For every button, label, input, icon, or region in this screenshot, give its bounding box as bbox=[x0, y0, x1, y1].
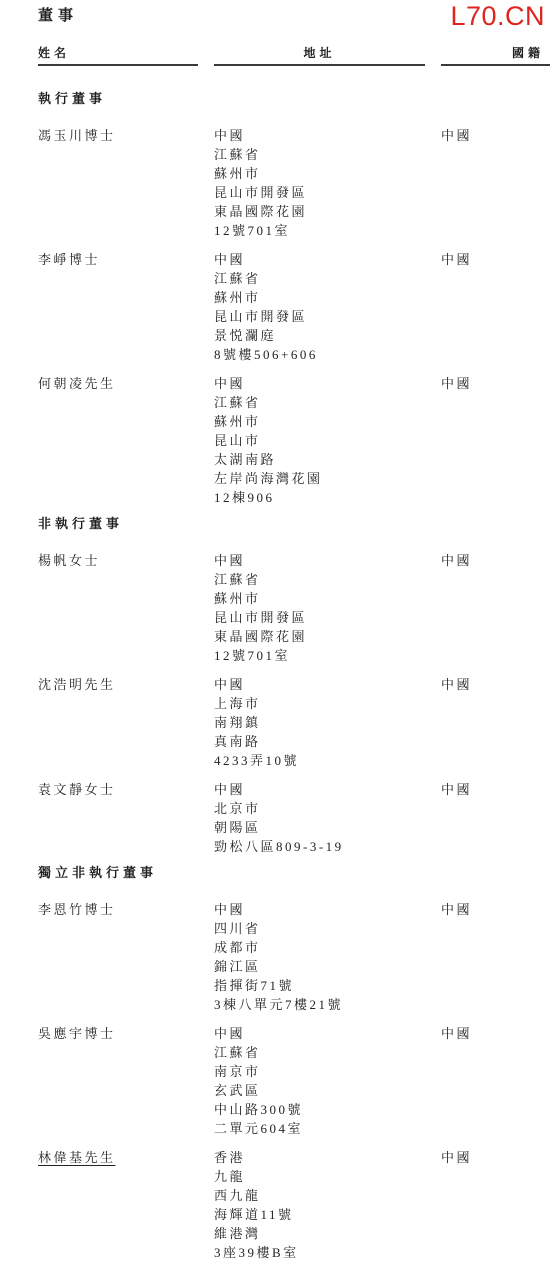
director-row: 沈浩明先生中國上海市南翔鎮真南路4233弄10號中國 bbox=[38, 675, 550, 770]
address-line: 西九龍 bbox=[214, 1186, 425, 1205]
director-name: 李恩竹博士 bbox=[38, 900, 198, 919]
address-line: 12棟906 bbox=[214, 488, 425, 507]
address-line: 勁松八區809-3-19 bbox=[214, 837, 425, 856]
address-line: 3座39樓B室 bbox=[214, 1243, 425, 1262]
section-heading: 執行董事 bbox=[38, 92, 550, 106]
director-address: 中國江蘇省南京市玄武區中山路300號二單元604室 bbox=[214, 1024, 425, 1138]
address-line: 九龍 bbox=[214, 1167, 425, 1186]
director-nationality: 中國 bbox=[441, 1148, 550, 1167]
address-line: 維港灣 bbox=[214, 1224, 425, 1243]
director-name: 馮玉川博士 bbox=[38, 126, 198, 145]
director-address: 中國江蘇省蘇州市昆山市開發區景悦瀾庭8號樓506+606 bbox=[214, 250, 425, 364]
address-line: 江蘇省 bbox=[214, 1043, 425, 1062]
section-heading: 非執行董事 bbox=[38, 517, 550, 531]
address-line: 北京市 bbox=[214, 799, 425, 818]
column-header-nationality: 國籍 bbox=[441, 44, 550, 66]
address-line: 3棟八單元7樓21號 bbox=[214, 995, 425, 1014]
address-line: 中國 bbox=[214, 374, 425, 393]
address-line: 昆山市開發區 bbox=[214, 307, 425, 326]
address-line: 中國 bbox=[214, 126, 425, 145]
address-line: 江蘇省 bbox=[214, 145, 425, 164]
address-line: 中國 bbox=[214, 551, 425, 570]
director-name: 林偉基先生 bbox=[38, 1148, 198, 1167]
director-address: 中國四川省成都市錦江區指揮街71號3棟八單元7樓21號 bbox=[214, 900, 425, 1014]
address-line: 昆山市 bbox=[214, 431, 425, 450]
address-line: 海輝道11號 bbox=[214, 1205, 425, 1224]
address-line: 昆山市開發區 bbox=[214, 183, 425, 202]
address-line: 香港 bbox=[214, 1148, 425, 1167]
director-address: 中國江蘇省蘇州市昆山市太湖南路左岸尚海灣花園12棟906 bbox=[214, 374, 425, 507]
column-header-address: 地址 bbox=[214, 44, 425, 66]
address-line: 蘇州市 bbox=[214, 589, 425, 608]
director-row: 袁文靜女士中國北京市朝陽區勁松八區809-3-19中國 bbox=[38, 780, 550, 856]
director-nationality: 中國 bbox=[441, 374, 550, 393]
director-name: 楊帆女士 bbox=[38, 551, 198, 570]
director-row: 吳應宇博士中國江蘇省南京市玄武區中山路300號二單元604室中國 bbox=[38, 1024, 550, 1138]
address-line: 12號701室 bbox=[214, 646, 425, 665]
director-name: 沈浩明先生 bbox=[38, 675, 198, 694]
address-line: 江蘇省 bbox=[214, 570, 425, 589]
address-line: 江蘇省 bbox=[214, 269, 425, 288]
address-line: 12號701室 bbox=[214, 221, 425, 240]
director-address: 中國江蘇省蘇州市昆山市開發區東晶國際花園12號701室 bbox=[214, 551, 425, 665]
address-line: 中國 bbox=[214, 900, 425, 919]
column-header-name: 姓名 bbox=[38, 44, 198, 66]
address-line: 錦江區 bbox=[214, 957, 425, 976]
director-nationality: 中國 bbox=[441, 551, 550, 570]
address-line: 中山路300號 bbox=[214, 1100, 425, 1119]
address-line: 中國 bbox=[214, 675, 425, 694]
address-line: 昆山市開發區 bbox=[214, 608, 425, 627]
address-line: 蘇州市 bbox=[214, 288, 425, 307]
director-row: 李崢博士中國江蘇省蘇州市昆山市開發區景悦瀾庭8號樓506+606中國 bbox=[38, 250, 550, 364]
director-address: 中國上海市南翔鎮真南路4233弄10號 bbox=[214, 675, 425, 770]
director-address: 中國北京市朝陽區勁松八區809-3-19 bbox=[214, 780, 425, 856]
director-row: 楊帆女士中國江蘇省蘇州市昆山市開發區東晶國際花園12號701室中國 bbox=[38, 551, 550, 665]
address-line: 南京市 bbox=[214, 1062, 425, 1081]
address-line: 上海市 bbox=[214, 694, 425, 713]
address-line: 指揮街71號 bbox=[214, 976, 425, 995]
director-nationality: 中國 bbox=[441, 900, 550, 919]
director-address: 香港九龍西九龍海輝道11號維港灣3座39樓B室 bbox=[214, 1148, 425, 1262]
address-line: 二單元604室 bbox=[214, 1119, 425, 1138]
director-name: 李崢博士 bbox=[38, 250, 198, 269]
address-line: 8號樓506+606 bbox=[214, 345, 425, 364]
address-line: 景悦瀾庭 bbox=[214, 326, 425, 345]
director-row: 何朝凌先生中國江蘇省蘇州市昆山市太湖南路左岸尚海灣花園12棟906中國 bbox=[38, 374, 550, 507]
address-line: 蘇州市 bbox=[214, 412, 425, 431]
director-row: 馮玉川博士中國江蘇省蘇州市昆山市開發區東晶國際花園12號701室中國 bbox=[38, 126, 550, 240]
address-line: 四川省 bbox=[214, 919, 425, 938]
address-line: 左岸尚海灣花園 bbox=[214, 469, 425, 488]
watermark-text: L70.CN bbox=[450, 1, 545, 31]
director-address: 中國江蘇省蘇州市昆山市開發區東晶國際花園12號701室 bbox=[214, 126, 425, 240]
section-heading: 獨立非執行董事 bbox=[38, 866, 550, 880]
address-line: 朝陽區 bbox=[214, 818, 425, 837]
address-line: 中國 bbox=[214, 780, 425, 799]
director-name: 袁文靜女士 bbox=[38, 780, 198, 799]
address-line: 太湖南路 bbox=[214, 450, 425, 469]
director-nationality: 中國 bbox=[441, 126, 550, 145]
document-page: 董事 L70.CN 姓名 地址 國籍 執行董事馮玉川博士中國江蘇省蘇州市昆山市開… bbox=[0, 0, 550, 1266]
director-nationality: 中國 bbox=[441, 1024, 550, 1043]
director-name: 何朝凌先生 bbox=[38, 374, 198, 393]
table-header-row: 姓名 地址 國籍 bbox=[38, 44, 550, 66]
address-line: 江蘇省 bbox=[214, 393, 425, 412]
address-line: 中國 bbox=[214, 1024, 425, 1043]
address-line: 真南路 bbox=[214, 732, 425, 751]
address-line: 中國 bbox=[214, 250, 425, 269]
address-line: 蘇州市 bbox=[214, 164, 425, 183]
address-line: 成都市 bbox=[214, 938, 425, 957]
director-row: 林偉基先生香港九龍西九龍海輝道11號維港灣3座39樓B室中國 bbox=[38, 1148, 550, 1262]
directors-table-body: 執行董事馮玉川博士中國江蘇省蘇州市昆山市開發區東晶國際花園12號701室中國李崢… bbox=[38, 92, 550, 1262]
address-line: 玄武區 bbox=[214, 1081, 425, 1100]
address-line: 南翔鎮 bbox=[214, 713, 425, 732]
address-line: 東晶國際花園 bbox=[214, 202, 425, 221]
director-nationality: 中國 bbox=[441, 780, 550, 799]
director-row: 李恩竹博士中國四川省成都市錦江區指揮街71號3棟八單元7樓21號中國 bbox=[38, 900, 550, 1014]
director-nationality: 中國 bbox=[441, 250, 550, 269]
director-name: 吳應宇博士 bbox=[38, 1024, 198, 1043]
address-line: 東晶國際花園 bbox=[214, 627, 425, 646]
director-nationality: 中國 bbox=[441, 675, 550, 694]
address-line: 4233弄10號 bbox=[214, 751, 425, 770]
